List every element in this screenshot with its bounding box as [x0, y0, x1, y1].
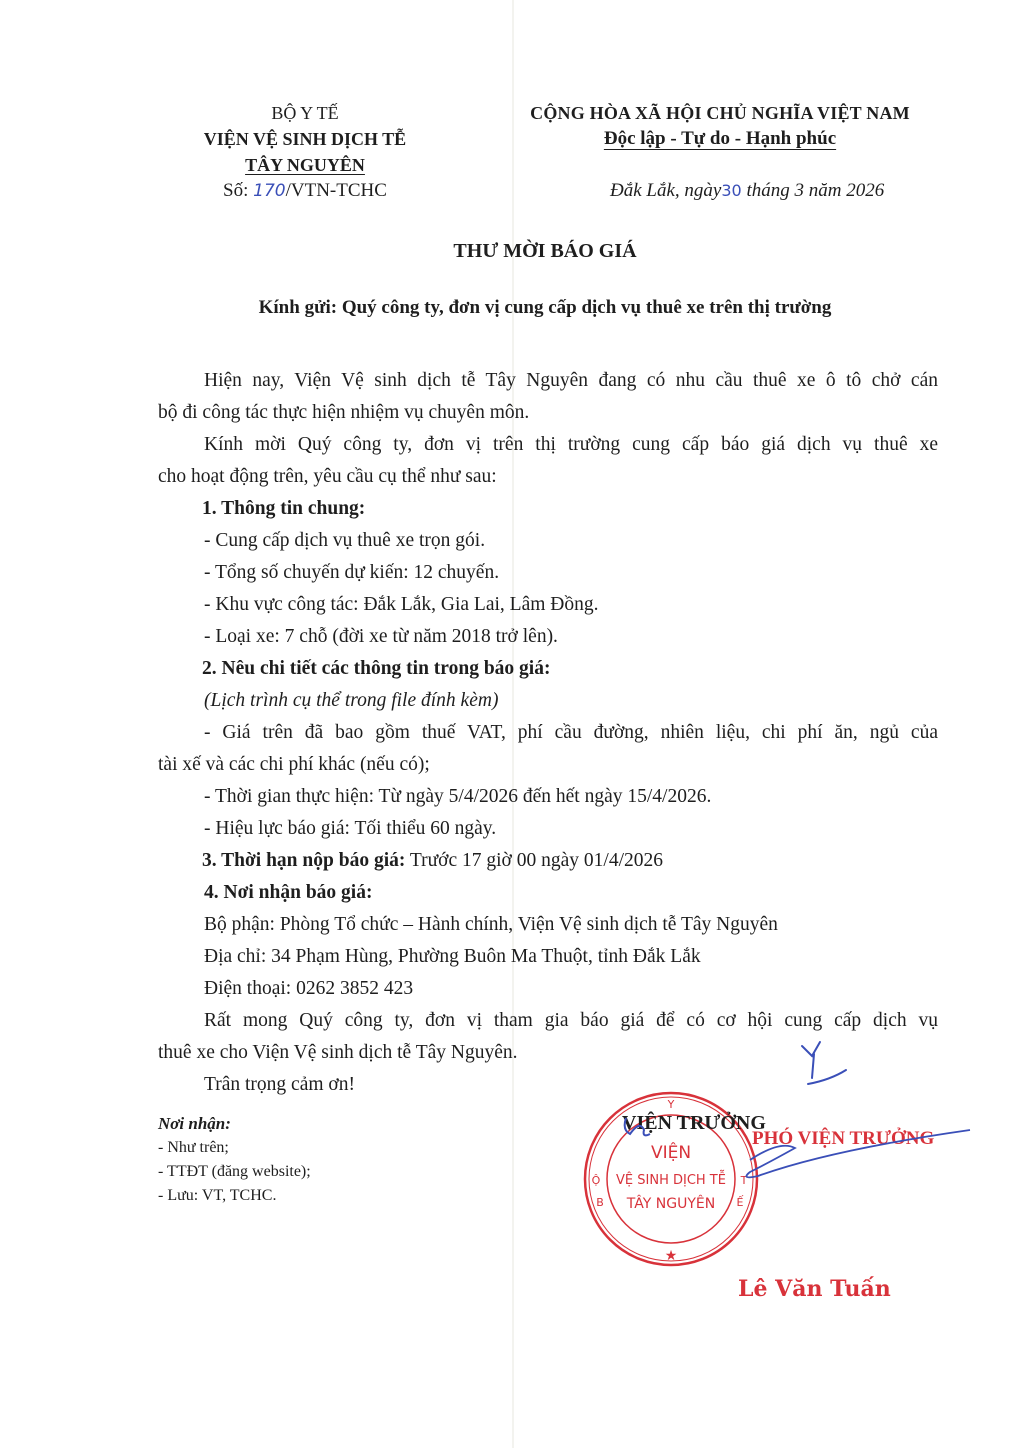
closing-line-2: thuê xe cho Viện Vệ sinh dịch tễ Tây Ngu…	[158, 1042, 518, 1064]
document-date: Đắk Lắk, ngày30 tháng 3 năm 2026	[610, 180, 884, 202]
section-3-heading: 3. Thời hạn nộp báo giá:	[202, 850, 405, 871]
svg-text:★: ★	[665, 1248, 678, 1264]
section-1-item: - Cung cấp dịch vụ thuê xe trọn gói.	[204, 530, 485, 552]
recipients-item: - Lưu: VT, TCHC.	[158, 1184, 311, 1208]
signer-name: Lê Văn Tuấn	[738, 1276, 891, 1302]
date-prefix: Đắk Lắk, ngày	[610, 180, 721, 201]
section-4-phone: Điện thoại: 0262 3852 423	[204, 978, 413, 1000]
intro-paragraph-2-line-2: cho hoạt động trên, yêu cầu cụ thể như s…	[158, 466, 497, 488]
recipients-item: - Như trên;	[158, 1136, 311, 1160]
national-header: CỘNG HÒA XÃ HỘI CHỦ NGHĨA VIỆT NAM Độc l…	[470, 100, 970, 152]
section-2-validity: - Hiệu lực báo giá: Tối thiểu 60 ngày.	[204, 818, 496, 840]
date-suffix: tháng 3 năm 2026	[742, 180, 885, 201]
intro-paragraph-1-line-1: Hiện nay, Viện Vệ sinh dịch tễ Tây Nguyê…	[204, 370, 938, 392]
ministry-name: BỘ Y TẾ	[170, 100, 440, 126]
section-3: 3. Thời hạn nộp báo giá: Trước 17 giờ 00…	[202, 850, 663, 872]
org-name-line1: VIỆN VỆ SINH DỊCH TỄ	[170, 126, 440, 152]
date-day-handwritten: 30	[721, 181, 741, 200]
section-2-note: (Lịch trình cụ thể trong file đính kèm)	[204, 690, 498, 712]
recipient-line: Kính gửi: Quý công ty, đơn vị cung cấp d…	[0, 297, 1024, 319]
thanks-line: Trân trọng cảm ơn!	[204, 1074, 355, 1096]
section-2-price-line-1: - Giá trên đã bao gồm thuế VAT, phí cầu …	[204, 722, 938, 744]
recipients-item: - TTĐT (đăng website);	[158, 1160, 311, 1184]
doc-no-suffix: /VTN-TCHC	[286, 180, 387, 201]
handwritten-signature-icon	[600, 1100, 980, 1210]
section-3-deadline: Trước 17 giờ 00 ngày 01/4/2026	[405, 850, 663, 871]
org-name-line2: TÂY NGUYÊN	[170, 152, 440, 178]
handwritten-checkmark-icon	[800, 1040, 860, 1090]
section-2-heading: 2. Nêu chi tiết các thông tin trong báo …	[202, 658, 550, 680]
section-2-period: - Thời gian thực hiện: Từ ngày 5/4/2026 …	[204, 786, 711, 808]
doc-no-handwritten: 170	[253, 181, 285, 201]
national-motto: Độc lập - Tự do - Hạnh phúc	[470, 126, 970, 152]
intro-paragraph-1-line-2: bộ đi công tác thực hiện nhiệm vụ chuyên…	[158, 402, 529, 424]
section-4-address: Địa chỉ: 34 Phạm Hùng, Phường Buôn Ma Th…	[204, 946, 701, 968]
recipients-heading: Nơi nhận:	[158, 1112, 311, 1136]
section-4-department: Bộ phận: Phòng Tổ chức – Hành chính, Việ…	[204, 914, 778, 936]
section-2-price-line-2: tài xế và các chi phí khác (nếu có);	[158, 754, 430, 776]
recipients-block: Nơi nhận: - Như trên; - TTĐT (đăng websi…	[158, 1112, 311, 1208]
section-4-heading: 4. Nơi nhận báo giá:	[204, 882, 372, 904]
closing-line-1: Rất mong Quý công ty, đơn vị tham gia bá…	[204, 1010, 938, 1032]
doc-no-prefix: Số:	[223, 180, 253, 201]
section-1-item: - Loại xe: 7 chỗ (đời xe từ năm 2018 trở…	[204, 626, 558, 648]
org-name-line2-text: TÂY NGUYÊN	[245, 155, 365, 175]
nation-name: CỘNG HÒA XÃ HỘI CHỦ NGHĨA VIỆT NAM	[470, 100, 970, 126]
section-1-item: - Tổng số chuyến dự kiến: 12 chuyến.	[204, 562, 499, 584]
section-1-heading: 1. Thông tin chung:	[202, 498, 365, 520]
document-title: THƯ MỜI BÁO GIÁ	[0, 240, 1024, 263]
document-number: Số: 170/VTN-TCHC	[170, 178, 440, 204]
issuer-header: BỘ Y TẾ VIỆN VỆ SINH DỊCH TỄ TÂY NGUYÊN …	[170, 100, 440, 204]
section-1-item: - Khu vực công tác: Đắk Lắk, Gia Lai, Lâ…	[204, 594, 599, 616]
intro-paragraph-2-line-1: Kính mời Quý công ty, đơn vị trên thị tr…	[204, 434, 938, 456]
